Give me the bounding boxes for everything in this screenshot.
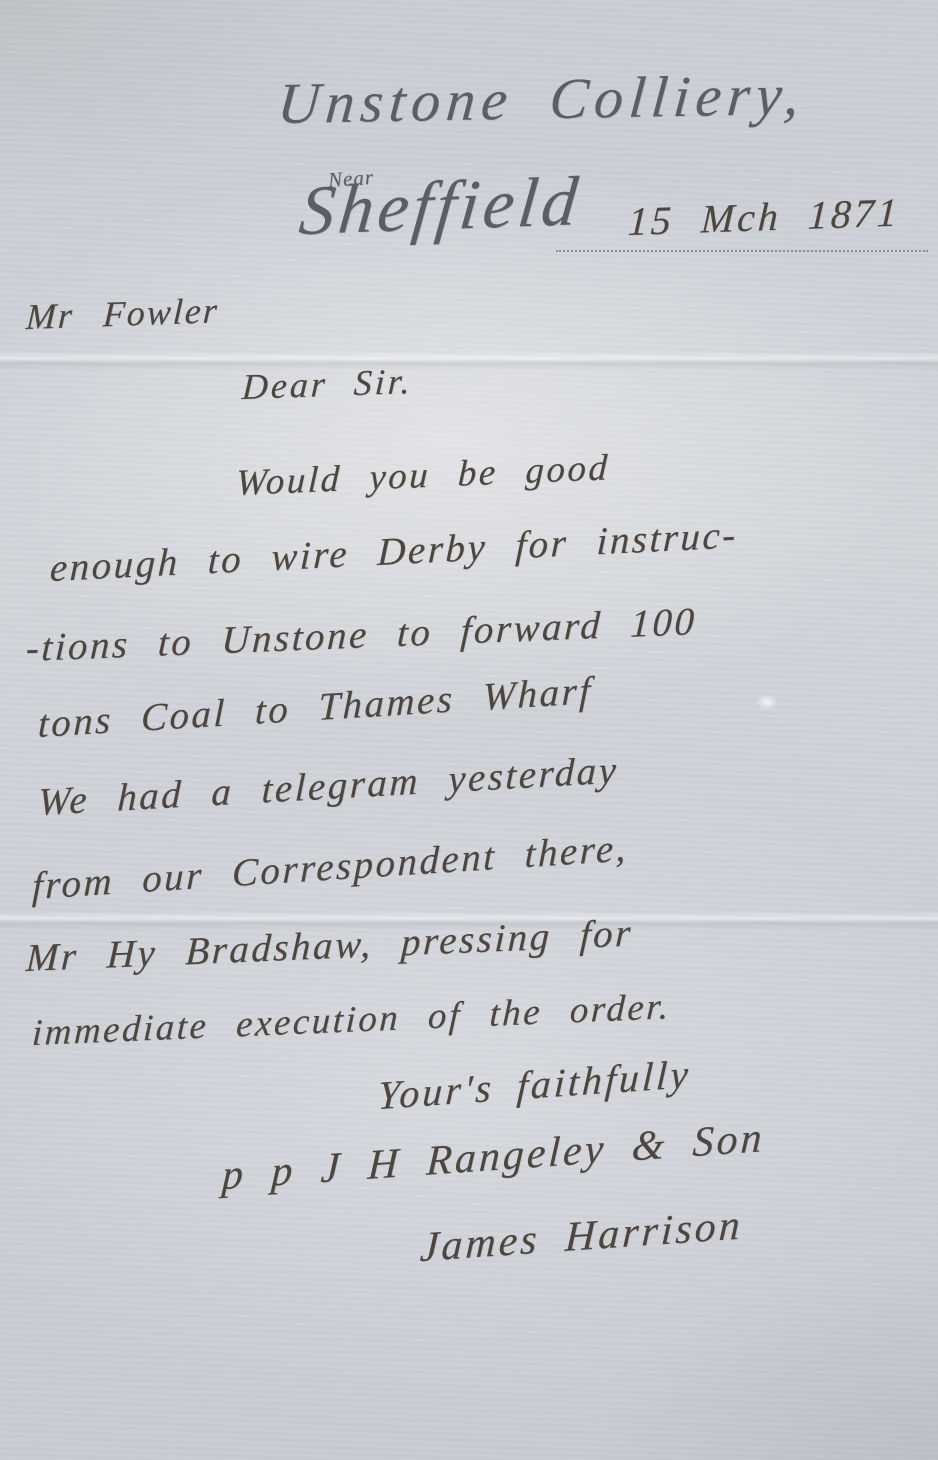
signature-firm: p p J H Rangeley & Son [221,1114,766,1200]
body-line-5: We had a telegram yesterday [37,747,619,825]
letter-date: 15 Mch 1871 [627,188,901,245]
letter-page: Unstone Colliery, Near Sheffield 15 Mch … [0,0,938,1460]
paper-crease-top [0,352,938,370]
body-line-3: -tions to Unstone to forward 100 [25,599,698,671]
body-line-8: immediate execution of the order. [31,985,672,1055]
body-line-1: Would you be good [235,446,610,505]
body-line-6: from our Correspondent there, [31,825,628,909]
body-line-4: tons Coal to Thames Wharf [37,668,593,747]
letter-salutation: Dear Sir. [241,360,414,408]
letterhead-place: Sheffield [296,162,585,252]
body-line-7: Mr Hy Bradshaw, pressing for [25,911,634,982]
letter-closing: Your's faithfully [377,1050,692,1119]
body-line-2: enough to wire Derby for instruc- [49,512,739,591]
letter-recipient: Mr Fowler [25,289,220,338]
letterhead-company: Unstone Colliery, [275,61,808,137]
signature-name: James Harrison [419,1201,744,1272]
paper-flaw-spot [756,694,778,710]
